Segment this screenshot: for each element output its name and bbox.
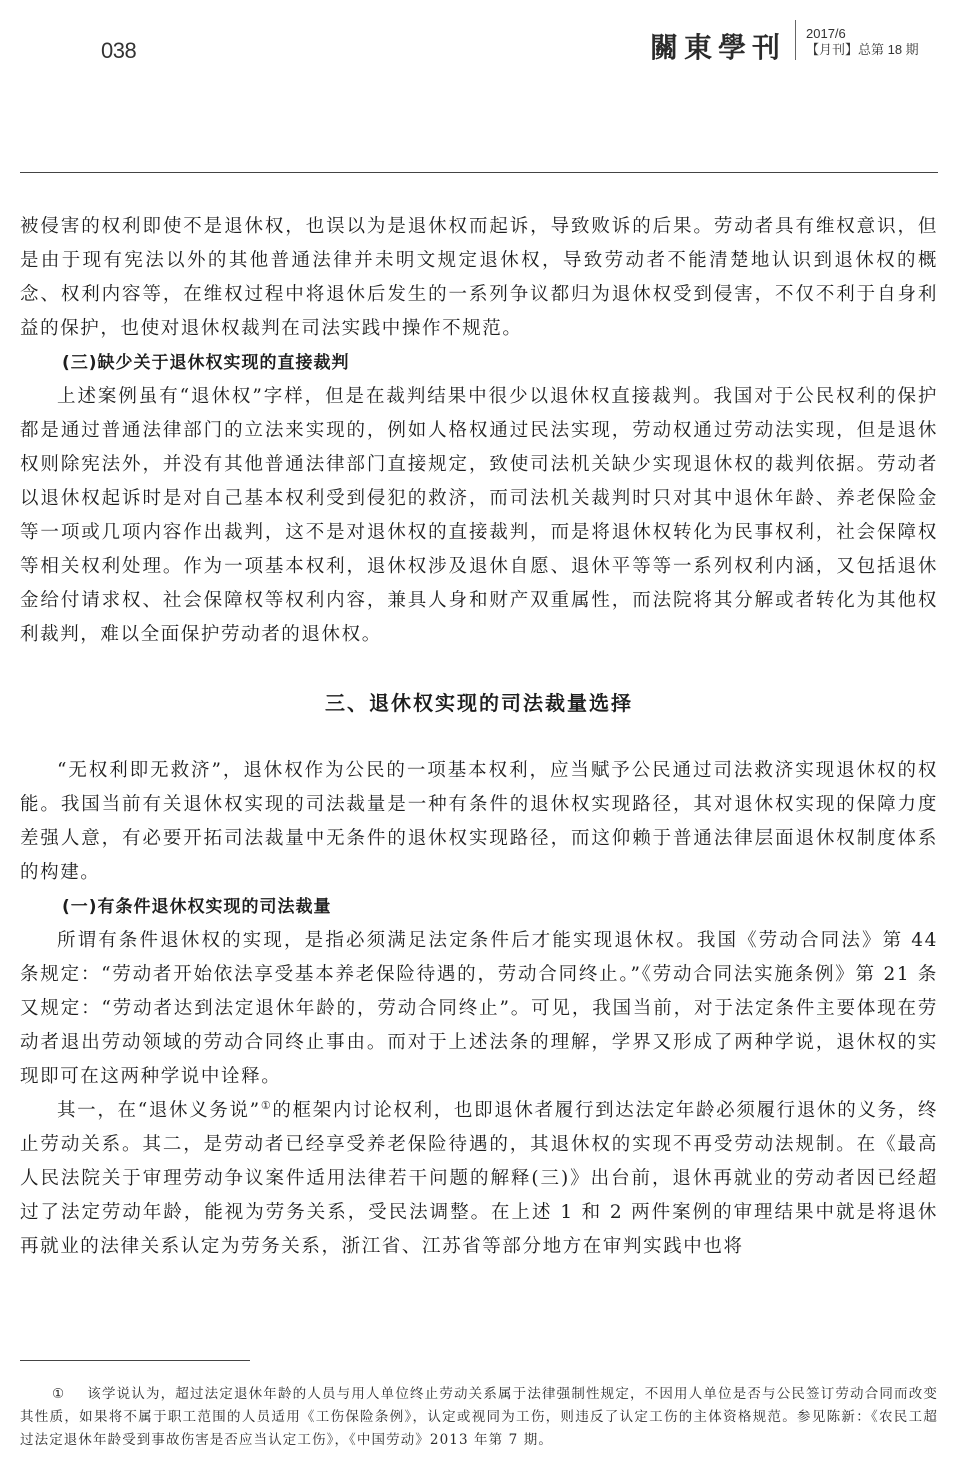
footnote-rule [20, 1360, 250, 1361]
footnote: ①该学说认为，超过法定退休年龄的人员与用人单位终止劳动关系属于法律强制性规定，不… [20, 1383, 938, 1452]
subheading: (一)有条件退休权实现的司法裁量 [20, 890, 938, 924]
header-rule [20, 172, 938, 173]
footnote-text: 该学说认为，超过法定退休年龄的人员与用人单位终止劳动关系属于法律强制性规定，不因… [20, 1386, 938, 1448]
journal-title: 關東學刊 [650, 26, 786, 66]
issue-number: 【月刊】总第 18 期 [806, 42, 919, 58]
issue-info: 2017/6 【月刊】总第 18 期 [806, 26, 919, 58]
paragraph: 被侵害的权利即使不是退休权，也误以为是退休权而起诉，导致败诉的后果。劳动者具有维… [20, 210, 938, 346]
paragraph: 上述案例虽有“退休权”字样，但是在裁判结果中很少以退休权直接裁判。我国对于公民权… [20, 380, 938, 652]
article-body: 被侵害的权利即使不是退休权，也误以为是退休权而起诉，导致败诉的后果。劳动者具有维… [20, 210, 938, 1264]
paragraph: 所谓有条件退休权的实现，是指必须满足法定条件后才能实现退休权。我国《劳动合同法》… [20, 924, 938, 1094]
footnote-reference[interactable]: ① [261, 1099, 273, 1112]
paragraph-text: 其一，在“退休义务说” [57, 1100, 261, 1121]
section-title: 三、退休权实现的司法裁量选择 [20, 686, 938, 720]
page-number: 038 [101, 38, 136, 64]
page-header: 038 關東學刊 2017/6 【月刊】总第 18 期 [0, 0, 958, 175]
subheading: (三)缺少关于退休权实现的直接裁判 [20, 346, 938, 380]
paragraph: “无权利即无救济”，退休权作为公民的一项基本权利，应当赋予公民通过司法救济实现退… [20, 754, 938, 890]
header-divider [795, 20, 796, 60]
footnote-mark: ① [20, 1386, 87, 1402]
paragraph: 其一，在“退休义务说”①的框架内讨论权利，也即退休者履行到达法定年龄必须履行退休… [20, 1094, 938, 1264]
issue-date: 2017/6 [806, 26, 919, 42]
paragraph-text: 的框架内讨论权利，也即退休者履行到达法定年龄必须履行退休的义务，终止劳动关系。其… [20, 1100, 938, 1257]
